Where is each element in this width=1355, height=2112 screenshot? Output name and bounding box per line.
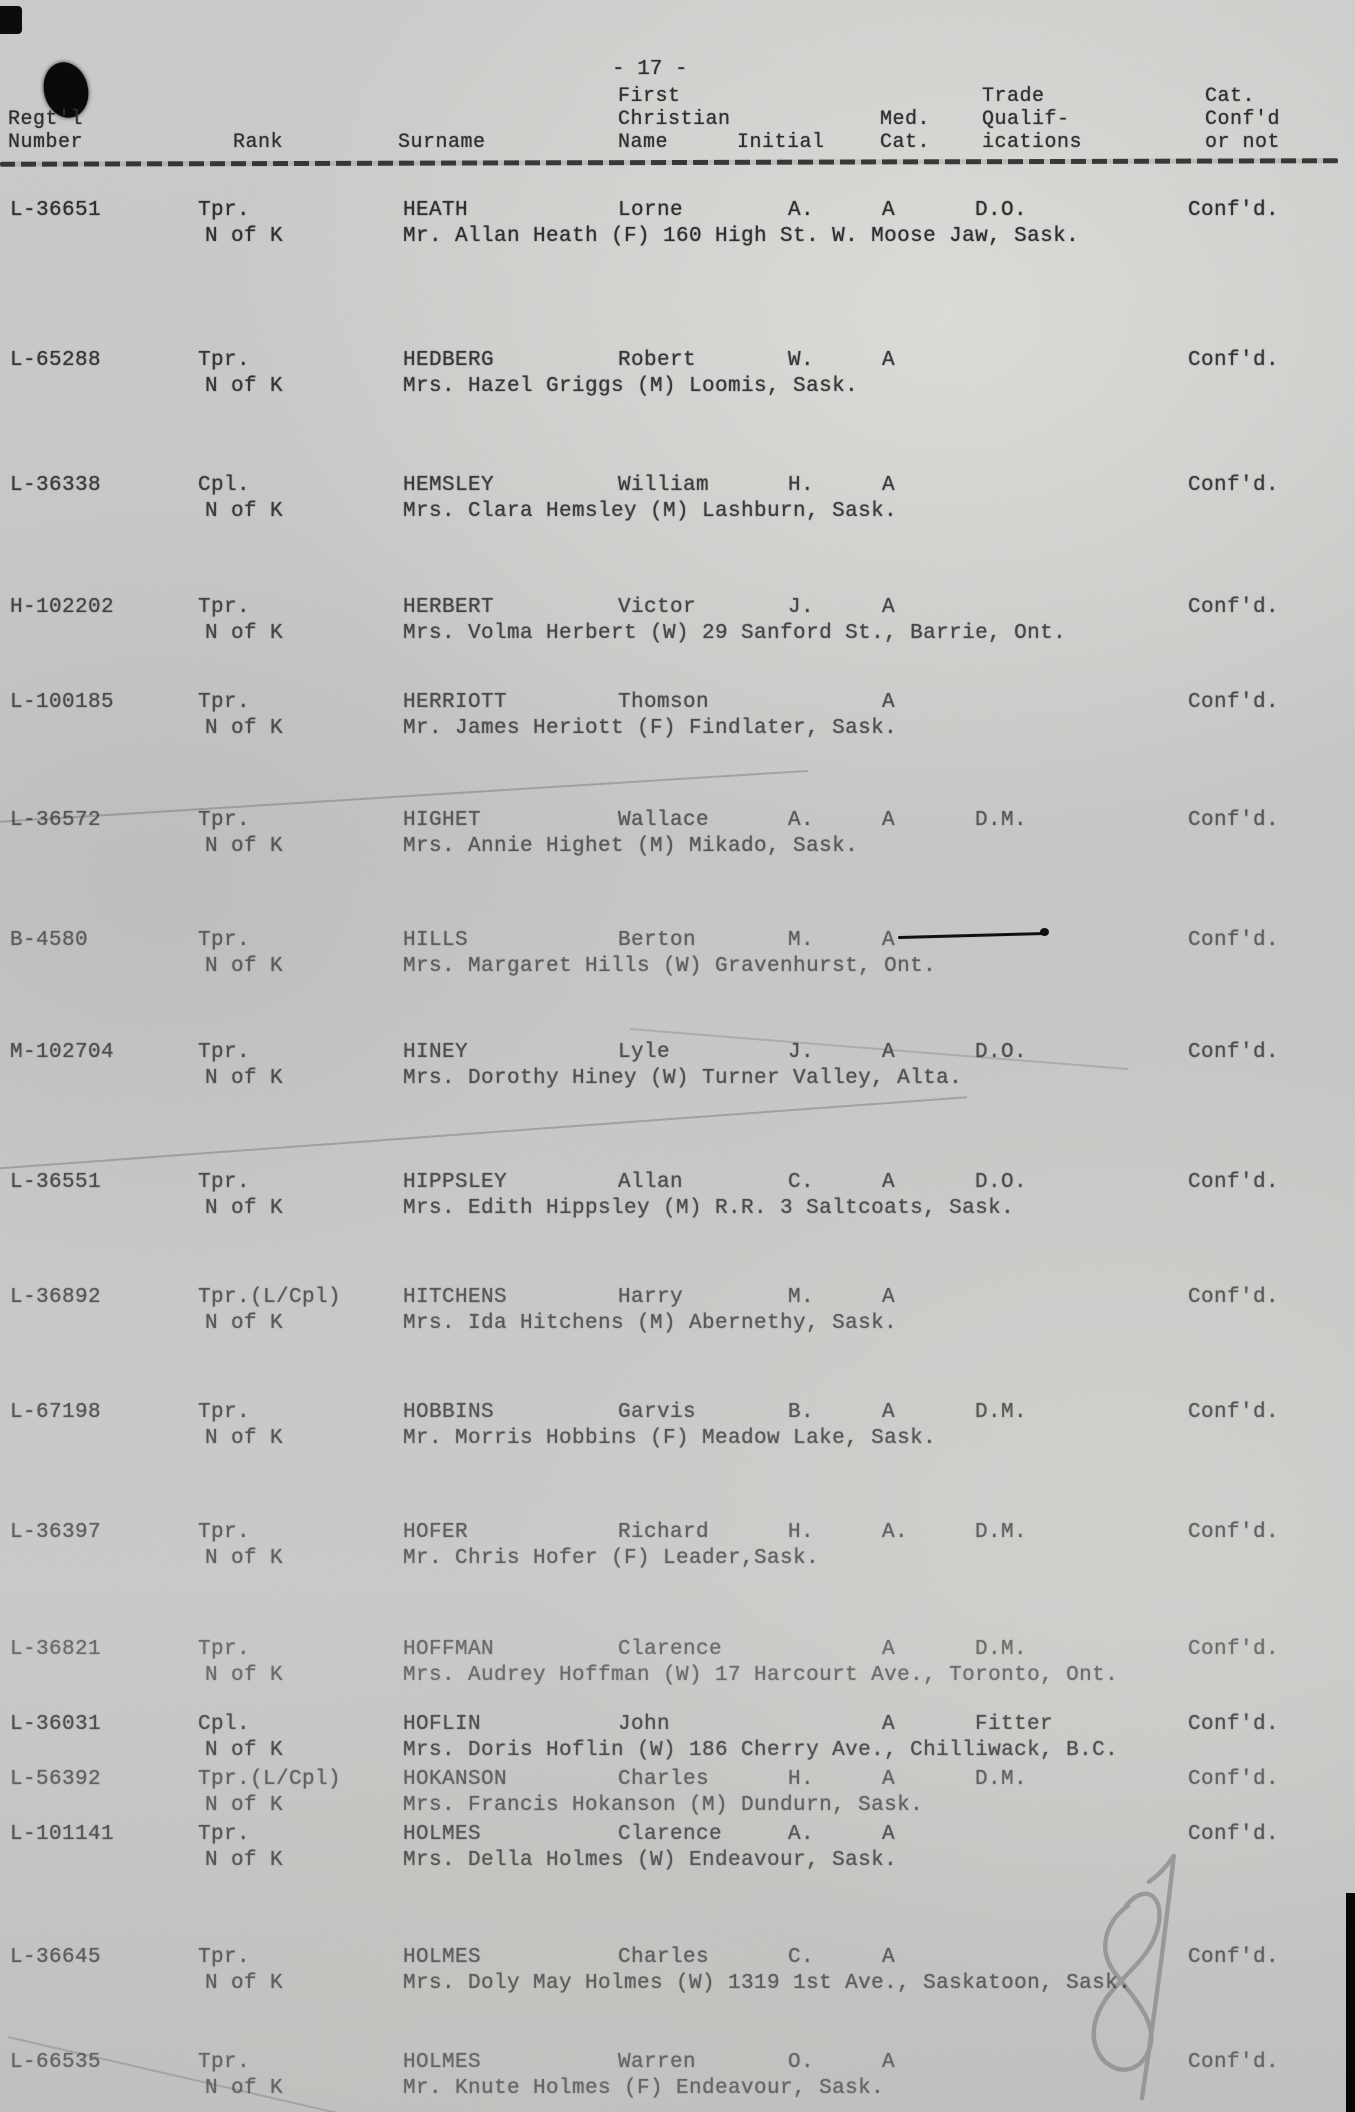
rank: Tpr. [198, 595, 250, 621]
column-header-confd-line3: or not [1205, 131, 1280, 154]
next-of-kin-label: N of K [205, 621, 283, 647]
header-rule [0, 158, 1338, 167]
column-header-confd-line1: Cat. [1205, 85, 1255, 108]
next-of-kin-label: N of K [205, 374, 283, 400]
next-of-kin-details: Mrs. Audrey Hoffman (W) 17 Harcourt Ave.… [403, 1663, 1118, 1689]
roster-entry: L-56392 Tpr.(L/Cpl) HOKANSON Charles H. … [0, 1767, 1355, 1825]
column-header-initial: Initial [737, 131, 825, 154]
medical-category: A [882, 690, 895, 716]
surname: HOLMES [403, 2050, 481, 2076]
category-confirmed: Conf'd. [1188, 1712, 1279, 1738]
rank: Cpl. [198, 473, 250, 499]
rank: Tpr. [198, 690, 250, 716]
roster-entry: L-66535 Tpr. HOLMES Warren O. A Conf'd. … [0, 2050, 1355, 2108]
category-confirmed: Conf'd. [1188, 473, 1279, 499]
regimental-number: L-36651 [10, 198, 101, 224]
first-christian-name: Thomson [618, 690, 709, 716]
medical-category: A [882, 1040, 895, 1066]
column-header-name-line2: Christian [618, 108, 731, 131]
category-confirmed: Conf'd. [1188, 1040, 1279, 1066]
column-header-surname: Surname [398, 131, 486, 154]
trade-qualification: D.M. [975, 1637, 1027, 1663]
trade-qualification: D.M. [975, 1400, 1027, 1426]
trade-qualification: D.M. [975, 1520, 1027, 1546]
category-confirmed: Conf'd. [1188, 1520, 1279, 1546]
next-of-kin-details: Mrs. Doly May Holmes (W) 1319 1st Ave., … [403, 1971, 1131, 1997]
surname: HEMSLEY [403, 473, 494, 499]
trade-qualification: D.M. [975, 808, 1027, 834]
medical-category: A [882, 1712, 895, 1738]
roster-entry: L-36651 Tpr. HEATH Lorne A. A D.O. Conf'… [0, 198, 1355, 256]
next-of-kin-details: Mr. Allan Heath (F) 160 High St. W. Moos… [403, 224, 1079, 250]
column-header-regtl-line1: Regt'l [8, 108, 83, 131]
rank: Cpl. [198, 1712, 250, 1738]
column-header-name-line3: Name [618, 131, 668, 154]
next-of-kin-details: Mr. James Heriott (F) Findlater, Sask. [403, 716, 897, 742]
category-confirmed: Conf'd. [1188, 1945, 1279, 1971]
rank: Tpr. [198, 1637, 250, 1663]
surname: HOLMES [403, 1945, 481, 1971]
roster-entry: L-36397 Tpr. HOFER Richard H. A. D.M. Co… [0, 1520, 1355, 1578]
next-of-kin-details: Mrs. Ida Hitchens (M) Abernethy, Sask. [403, 1311, 897, 1337]
roster-entry: H-102202 Tpr. HERBERT Victor J. A Conf'd… [0, 595, 1355, 653]
medical-category: A [882, 808, 895, 834]
initial: J. [788, 595, 814, 621]
rank: Tpr. [198, 348, 250, 374]
regimental-number: L-36572 [10, 808, 101, 834]
next-of-kin-details: Mrs. Clara Hemsley (M) Lashburn, Sask. [403, 499, 897, 525]
medical-category: A [882, 1285, 895, 1311]
next-of-kin-details: Mrs. Dorothy Hiney (W) Turner Valley, Al… [403, 1066, 962, 1092]
first-christian-name: Garvis [618, 1400, 696, 1426]
category-confirmed: Conf'd. [1188, 928, 1279, 954]
next-of-kin-label: N of K [205, 1793, 283, 1819]
next-of-kin-details: Mrs. Annie Highet (M) Mikado, Sask. [403, 834, 858, 860]
column-header-medcat-line1: Med. [880, 108, 930, 131]
surname: HOLMES [403, 1822, 481, 1848]
medical-category: A [882, 198, 895, 224]
first-christian-name: Charles [618, 1945, 709, 1971]
next-of-kin-label: N of K [205, 1971, 283, 1997]
page-number: - 17 - [612, 58, 688, 81]
surname: HEATH [403, 198, 468, 224]
column-header-medcat-line2: Cat. [880, 131, 930, 154]
rank: Tpr. [198, 928, 250, 954]
roster-entry: L-36821 Tpr. HOFFMAN Clarence A D.M. Con… [0, 1637, 1355, 1695]
first-christian-name: William [618, 473, 709, 499]
trade-qualification: D.O. [975, 1170, 1027, 1196]
initial: O. [788, 2050, 814, 2076]
initial: A. [788, 198, 814, 224]
column-header-trade-line3: ications [982, 131, 1082, 154]
first-christian-name: Victor [618, 595, 696, 621]
category-confirmed: Conf'd. [1188, 690, 1279, 716]
column-header-name-line1: First [618, 85, 681, 108]
rank: Tpr. [198, 1945, 250, 1971]
next-of-kin-label: N of K [205, 834, 283, 860]
first-christian-name: Berton [618, 928, 696, 954]
surname: HERRIOTT [403, 690, 507, 716]
first-christian-name: Warren [618, 2050, 696, 2076]
regimental-number: L-100185 [10, 690, 114, 716]
medical-category: A [882, 1637, 895, 1663]
next-of-kin-details: Mrs. Edith Hippsley (M) R.R. 3 Saltcoats… [403, 1196, 1014, 1222]
roster-entry: L-100185 Tpr. HERRIOTT Thomson A Conf'd.… [0, 690, 1355, 748]
roster-entry: L-36572 Tpr. HIGHET Wallace A. A D.M. Co… [0, 808, 1355, 866]
medical-category: A [882, 473, 895, 499]
next-of-kin-label: N of K [205, 1196, 283, 1222]
trade-qualification: D.O. [975, 1040, 1027, 1066]
initial: H. [788, 1520, 814, 1546]
first-christian-name: John [618, 1712, 670, 1738]
regimental-number: L-36551 [10, 1170, 101, 1196]
regimental-number: B-4580 [10, 928, 88, 954]
medical-category: A [882, 928, 895, 954]
medical-category: A [882, 1400, 895, 1426]
regimental-number: L-36338 [10, 473, 101, 499]
first-christian-name: Allan [618, 1170, 683, 1196]
next-of-kin-details: Mr. Knute Holmes (F) Endeavour, Sask. [403, 2076, 884, 2102]
next-of-kin-label: N of K [205, 1738, 283, 1764]
first-christian-name: Clarence [618, 1822, 722, 1848]
surname: HIPPSLEY [403, 1170, 507, 1196]
regimental-number: L-36031 [10, 1712, 101, 1738]
regimental-number: L-67198 [10, 1400, 101, 1426]
regimental-number: L-65288 [10, 348, 101, 374]
category-confirmed: Conf'd. [1188, 1170, 1279, 1196]
surname: HEDBERG [403, 348, 494, 374]
medical-category: A [882, 348, 895, 374]
rank: Tpr.(L/Cpl) [198, 1767, 341, 1793]
regimental-number: L-36397 [10, 1520, 101, 1546]
surname: HERBERT [403, 595, 494, 621]
next-of-kin-details: Mr. Chris Hofer (F) Leader,Sask. [403, 1546, 819, 1572]
scanned-nominal-roll-page: - 17 - Regt'l Number Rank Surname First … [0, 0, 1355, 2112]
first-christian-name: Lyle [618, 1040, 670, 1066]
regimental-number: L-101141 [10, 1822, 114, 1848]
roster-entry: M-102704 Tpr. HINEY Lyle J. A D.O. Conf'… [0, 1040, 1355, 1098]
initial: H. [788, 1767, 814, 1793]
first-christian-name: Lorne [618, 198, 683, 224]
first-christian-name: Clarence [618, 1637, 722, 1663]
roster-entry: B-4580 Tpr. HILLS Berton M. A Conf'd. N … [0, 928, 1355, 986]
trade-qualification: Fitter [975, 1712, 1053, 1738]
roster-entry: L-36892 Tpr.(L/Cpl) HITCHENS Harry M. A … [0, 1285, 1355, 1343]
roster-entry: L-67198 Tpr. HOBBINS Garvis B. A D.M. Co… [0, 1400, 1355, 1458]
medical-category: A [882, 2050, 895, 2076]
next-of-kin-label: N of K [205, 716, 283, 742]
surname: HILLS [403, 928, 468, 954]
trade-qualification: D.O. [975, 198, 1027, 224]
rank: Tpr. [198, 2050, 250, 2076]
initial: M. [788, 1285, 814, 1311]
category-confirmed: Conf'd. [1188, 1285, 1279, 1311]
first-christian-name: Charles [618, 1767, 709, 1793]
category-confirmed: Conf'd. [1188, 808, 1279, 834]
next-of-kin-label: N of K [205, 1066, 283, 1092]
next-of-kin-label: N of K [205, 1311, 283, 1337]
rank: Tpr. [198, 1040, 250, 1066]
next-of-kin-details: Mrs. Francis Hokanson (M) Dundurn, Sask. [403, 1793, 923, 1819]
column-header-confd-line2: Conf'd [1205, 108, 1280, 131]
medical-category: A [882, 595, 895, 621]
rank: Tpr. [198, 198, 250, 224]
regimental-number: L-36821 [10, 1637, 101, 1663]
initial: C. [788, 1170, 814, 1196]
initial: M. [788, 928, 814, 954]
next-of-kin-label: N of K [205, 1426, 283, 1452]
next-of-kin-label: N of K [205, 224, 283, 250]
roster-entry: L-65288 Tpr. HEDBERG Robert W. A Conf'd.… [0, 348, 1355, 406]
surname: HITCHENS [403, 1285, 507, 1311]
category-confirmed: Conf'd. [1188, 2050, 1279, 2076]
category-confirmed: Conf'd. [1188, 595, 1279, 621]
next-of-kin-details: Mr. Morris Hobbins (F) Meadow Lake, Sask… [403, 1426, 936, 1452]
column-header-regtl-line2: Number [8, 131, 83, 154]
initial: J. [788, 1040, 814, 1066]
initial: A. [788, 808, 814, 834]
category-confirmed: Conf'd. [1188, 1767, 1279, 1793]
next-of-kin-details: Mrs. Della Holmes (W) Endeavour, Sask. [403, 1848, 897, 1874]
surname: HOFER [403, 1520, 468, 1546]
initial: H. [788, 473, 814, 499]
first-christian-name: Wallace [618, 808, 709, 834]
rank: Tpr. [198, 1822, 250, 1848]
rank: Tpr.(L/Cpl) [198, 1285, 341, 1311]
next-of-kin-label: N of K [205, 1546, 283, 1572]
initial: C. [788, 1945, 814, 1971]
roster-entry: L-36645 Tpr. HOLMES Charles C. A Conf'd.… [0, 1945, 1355, 2003]
category-confirmed: Conf'd. [1188, 1400, 1279, 1426]
column-header-trade-line1: Trade [982, 85, 1045, 108]
surname: HOFLIN [403, 1712, 481, 1738]
column-header-trade-line2: Qualif- [982, 108, 1070, 131]
next-of-kin-details: Mrs. Margaret Hills (W) Gravenhurst, Ont… [403, 954, 936, 980]
rank: Tpr. [198, 808, 250, 834]
next-of-kin-details: Mrs. Doris Hoflin (W) 186 Cherry Ave., C… [403, 1738, 1118, 1764]
next-of-kin-label: N of K [205, 2076, 283, 2102]
roster-entry: L-36338 Cpl. HEMSLEY William H. A Conf'd… [0, 473, 1355, 531]
trade-qualification: D.M. [975, 1767, 1027, 1793]
category-confirmed: Conf'd. [1188, 1822, 1279, 1848]
typewritten-content: - 17 - Regt'l Number Rank Surname First … [0, 0, 1355, 2112]
regimental-number: L-56392 [10, 1767, 101, 1793]
surname: HINEY [403, 1040, 468, 1066]
next-of-kin-label: N of K [205, 1848, 283, 1874]
roster-entry: L-36031 Cpl. HOFLIN John A Fitter Conf'd… [0, 1712, 1355, 1770]
category-confirmed: Conf'd. [1188, 1637, 1279, 1663]
regimental-number: L-36645 [10, 1945, 101, 1971]
initial: B. [788, 1400, 814, 1426]
category-confirmed: Conf'd. [1188, 348, 1279, 374]
next-of-kin-label: N of K [205, 499, 283, 525]
surname: HOBBINS [403, 1400, 494, 1426]
regimental-number: M-102704 [10, 1040, 114, 1066]
medical-category: A. [882, 1520, 908, 1546]
regimental-number: L-66535 [10, 2050, 101, 2076]
rank: Tpr. [198, 1400, 250, 1426]
initial: A. [788, 1822, 814, 1848]
first-christian-name: Robert [618, 348, 696, 374]
regimental-number: H-102202 [10, 595, 114, 621]
roster-entry: L-101141 Tpr. HOLMES Clarence A. A Conf'… [0, 1822, 1355, 1880]
surname: HIGHET [403, 808, 481, 834]
column-header-rank: Rank [233, 131, 283, 154]
category-confirmed: Conf'd. [1188, 198, 1279, 224]
medical-category: A [882, 1822, 895, 1848]
medical-category: A [882, 1767, 895, 1793]
medical-category: A [882, 1170, 895, 1196]
next-of-kin-label: N of K [205, 954, 283, 980]
initial: W. [788, 348, 814, 374]
roster-entry: L-36551 Tpr. HIPPSLEY Allan C. A D.O. Co… [0, 1170, 1355, 1228]
rank: Tpr. [198, 1170, 250, 1196]
next-of-kin-label: N of K [205, 1663, 283, 1689]
regimental-number: L-36892 [10, 1285, 101, 1311]
surname: HOKANSON [403, 1767, 507, 1793]
rank: Tpr. [198, 1520, 250, 1546]
first-christian-name: Harry [618, 1285, 683, 1311]
next-of-kin-details: Mrs. Hazel Griggs (M) Loomis, Sask. [403, 374, 858, 400]
first-christian-name: Richard [618, 1520, 709, 1546]
surname: HOFFMAN [403, 1637, 494, 1663]
next-of-kin-details: Mrs. Volma Herbert (W) 29 Sanford St., B… [403, 621, 1066, 647]
medical-category: A [882, 1945, 895, 1971]
